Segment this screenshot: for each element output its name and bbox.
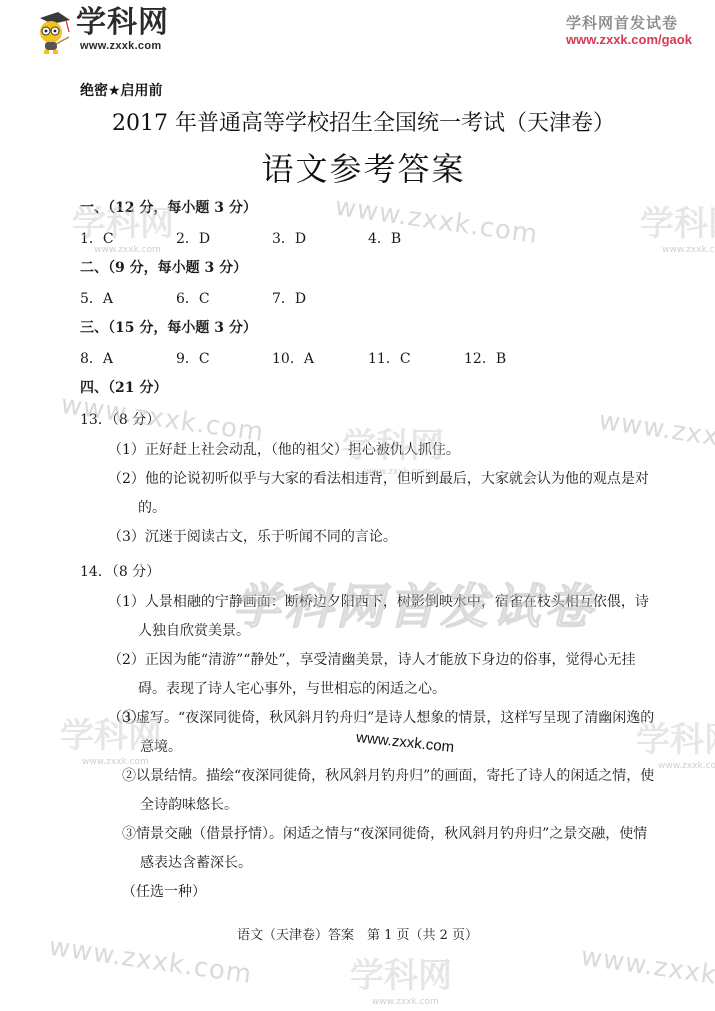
brand-url[interactable]: www.zxxk.com/gaok	[566, 32, 692, 48]
answer: 7．D	[272, 286, 368, 316]
brand-banner: 学科网首发试卷 www.zxxk.com/gaok	[566, 14, 692, 48]
answer-option: ③情景交融（借景抒情）。闲适之情与“夜深同徙倚，秋风斜月钓舟归”之景交融，使情感…	[80, 820, 660, 878]
answers-row: 5．A 6．C 7．D	[80, 286, 660, 316]
watermark-url: www.zxxk.com	[579, 942, 715, 1000]
page-footer: 语文（天津卷）答案 第 1 页（共 2 页）	[0, 924, 715, 943]
question-heading-14: 14．（8 分）	[80, 560, 660, 588]
answer: 11．C	[368, 346, 464, 376]
answer-item: （1）正好赶上社会动乱，（他的祖父）担心被仇人抓住。	[80, 436, 660, 465]
answer-item-3: （3） ①虚写。“夜深同徙倚，秋风斜月钓舟归”是诗人想象的情景，这样写呈现了清幽…	[80, 704, 660, 878]
answer: 5．A	[80, 286, 176, 316]
section-heading: 二、（9 分，每小题 3 分）	[80, 256, 660, 286]
answer: 2．D	[176, 226, 272, 256]
answer-option: ①虚写。“夜深同徙倚，秋风斜月钓舟归”是诗人想象的情景，这样写呈现了清幽闲逸的意…	[80, 704, 660, 762]
answer-item: （2）正因为能“清游”“静处”，享受清幽美景，诗人才能放下身边的俗事，觉得心无挂…	[80, 646, 660, 704]
watermark-logo-text: 学科网	[350, 956, 452, 996]
watermark-logo-url: www.zxxk.com	[372, 997, 452, 1007]
logo-name: 学科网	[76, 6, 169, 40]
question-heading-13: 13．（8 分）	[80, 408, 660, 436]
section-heading: 四、（21 分）	[80, 376, 660, 406]
brand-tagline: 学科网首发试卷	[566, 14, 692, 32]
answer-option: ②以景结情。描绘“夜深同徙倚，秋风斜月钓舟归”的画面，寄托了诗人的闲适之情，使全…	[80, 762, 660, 820]
answer-item: （2）他的论说初听似乎与大家的看法相违背，但听到最后，大家就会认为他的观点是对的…	[80, 465, 660, 523]
answer: 1．C	[80, 226, 176, 256]
answer: 3．D	[272, 226, 368, 256]
answer: 6．C	[176, 286, 272, 316]
answer: 9．C	[176, 346, 272, 376]
answer: 12．B	[464, 346, 560, 376]
mascot-icon	[36, 10, 72, 56]
section-heading: 一、（12 分，每小题 3 分）	[80, 196, 660, 226]
site-logo: 学科网 www.zxxk.com	[36, 4, 186, 58]
watermark-logo-url: www.zxxk.com	[662, 245, 715, 255]
answer-item: （1）人景相融的宁静画面：断桥边夕阳西下，树影倒映水中，宿雀在枝头相互依偎，诗人…	[80, 588, 660, 646]
answers-row: 8．A 9．C 10．A 11．C 12．B	[80, 346, 660, 376]
watermark-logo: 学科网 www.zxxk.com	[350, 948, 452, 1007]
answer-item: （3）沉迷于阅读古文，乐于听闻不同的言论。	[80, 523, 660, 552]
answer-key: 一、（12 分，每小题 3 分） 1．C 2．D 3．D 4．B 二、（9 分，…	[80, 196, 660, 907]
watermark-logo-url: www.zxxk.com	[658, 761, 715, 771]
item-label: （3）	[108, 704, 145, 733]
answer-note: （任选一种）	[80, 878, 660, 907]
answer: 4．B	[368, 226, 464, 256]
secret-label: 绝密★启用前	[80, 80, 163, 100]
answer: 10．A	[272, 346, 368, 376]
logo-url: www.zxxk.com	[80, 40, 161, 52]
exam-title: 2017 年普通高等学校招生全国统一考试（天津卷）	[0, 106, 715, 137]
answers-row: 1．C 2．D 3．D 4．B	[80, 226, 660, 256]
page-title: 语文参考答案	[0, 144, 715, 190]
answer: 8．A	[80, 346, 176, 376]
section-heading: 三、（15 分，每小题 3 分）	[80, 316, 660, 346]
